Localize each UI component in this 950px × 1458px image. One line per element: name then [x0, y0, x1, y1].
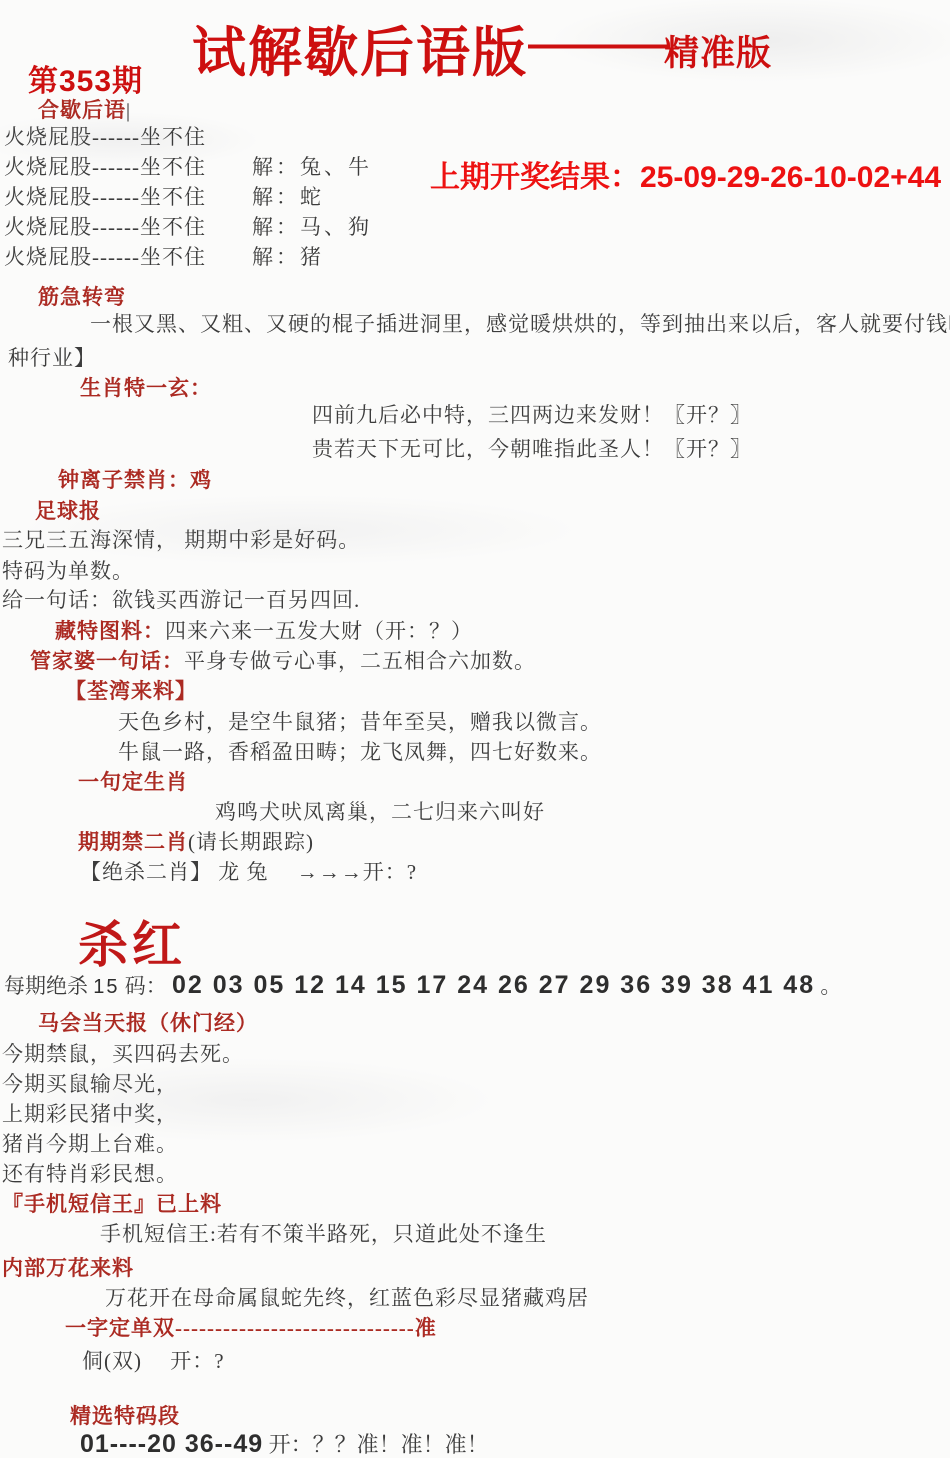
tsuenwan-line1: 天色乡村，是空牛鼠猪；昔年至吴，赠我以微言。 [118, 706, 602, 736]
daily-report-line: 上期彩民猪中奖， [2, 1098, 178, 1128]
scan-artifact-tick: | [126, 100, 131, 122]
housekeeper-text: 平身专做亏心事，二五相合六加数。 [184, 649, 536, 673]
tsuenwan-heading: 【荃湾来料】 [65, 675, 197, 705]
segment-heading: 精选特码段 [70, 1400, 180, 1430]
riddle-answer: 解：蛇 [252, 182, 324, 212]
kill-numbers: 02 03 05 12 14 15 17 24 26 27 29 36 39 3… [172, 971, 815, 999]
hidden-special-label: 藏特图料： [55, 619, 165, 643]
segment-numbers: 01----20 36--49 [80, 1430, 263, 1458]
forbidden-two-heading: 期期禁二肖(请长期跟踪) [78, 826, 314, 856]
lottery-tipsheet-page: 第353期 试解歇后语版————精准版 上期开奖结果：25-09-29-26-1… [0, 0, 950, 1458]
football-line2: 特码为单数。 [2, 555, 134, 585]
riddle-phrase: 火烧屁股------坐不住 [4, 182, 252, 212]
daily-report-line: 今期禁鼠，买四码去死。 [2, 1038, 244, 1068]
zodiac-mystery-heading: 生肖特一玄： [80, 372, 212, 402]
zodiac-mystery-line2: 贵若天下无可比，今朝唯指此圣人！〖开？〗 [312, 433, 752, 463]
riddle-row: 火烧屁股------坐不住 [4, 122, 372, 152]
kill-two-line: 【绝杀二肖】 龙 兔 →→→开：? [80, 856, 417, 886]
football-heading: 足球报 [35, 495, 101, 525]
housekeeper-line: 管家婆一句话：平身专做亏心事，二五相合六加数。 [30, 645, 536, 675]
hidden-special-line: 藏特图料：四来六来一五发大财（开：？） [55, 615, 473, 645]
riddle-row: 火烧屁股------坐不住解：蛇 [4, 182, 372, 212]
segment-line: 01----20 36--49 开：？？准！准！准！ [80, 1428, 489, 1458]
daily-report-line: 猪肖今期上台难。 [2, 1128, 178, 1158]
tsuenwan-line2: 牛鼠一路，香稻盈田畴；龙飞凤舞，四七好数来。 [118, 736, 602, 766]
housekeeper-label: 管家婆一句话： [30, 649, 184, 673]
internal-line: 万花开在母命属鼠蛇先终，红蓝色彩尽显猪藏鸡居 [105, 1282, 589, 1312]
riddle-row: 火烧屁股------坐不住解：猪 [4, 242, 372, 272]
one-sentence-line: 鸡鸣犬吠凤离巢，二七归来六叫好 [215, 796, 545, 826]
kill-count: 15 [93, 976, 119, 998]
kill-suffix: 码： [125, 974, 167, 998]
riddle-row: 火烧屁股------坐不住解：马、狗 [4, 212, 372, 242]
forbidden-two-label: 期期禁二肖 [78, 830, 188, 854]
brainteaser-heading: 筋急转弯 [38, 281, 126, 311]
daily-report-line: 还有特肖彩民想。 [2, 1158, 178, 1188]
daily-report-line: 今期买鼠输尽光， [2, 1068, 178, 1098]
riddle-list: 火烧屁股------坐不住 火烧屁股------坐不住解：兔、牛 火烧屁股---… [4, 122, 372, 272]
riddle-phrase: 火烧屁股------坐不住 [4, 122, 252, 152]
single-double-line: 侗(双) 开：? [82, 1345, 225, 1375]
page-title-main: 试解歇后语版 [192, 23, 528, 83]
riddle-heading-label: 合歇后语 [38, 98, 126, 122]
riddle-phrase: 火烧屁股------坐不住 [4, 212, 252, 242]
last-draw-result: 上期开奖结果：25-09-29-26-10-02+44 [430, 152, 941, 196]
kill-numbers-line: 每期绝杀 15 码： 02 03 05 12 14 15 17 24 26 27… [4, 970, 841, 1000]
forbidden-two-note: (请长期跟踪) [188, 830, 314, 854]
daily-report-heading: 马会当天报（休门经） [38, 1007, 258, 1037]
brainteaser-line2: 种行业】 [8, 342, 96, 372]
riddle-answer: 解：兔、牛 [252, 152, 372, 182]
sms-king-line: 手机短信王:若有不策半路死，只道此处不逢生 [100, 1218, 547, 1248]
riddle-phrase: 火烧屁股------坐不住 [4, 242, 252, 272]
hidden-special-text: 四来六来一五发大财（开：？） [165, 619, 473, 643]
kill-prefix: 每期绝杀 [4, 974, 88, 998]
zodiac-mystery-line1: 四前九后必中特，三四两边来发财！〖开？〗 [312, 399, 752, 429]
banned-zodiac-line: 钟离子禁肖：鸡 [58, 464, 212, 494]
segment-result: 开：？？准！准！准！ [263, 1432, 489, 1457]
kill-red-title: 杀红 [78, 905, 186, 977]
football-line1: 三兄三五海深情， 期期中彩是好码。 [2, 524, 360, 554]
page-title-sub: 精准版 [664, 34, 772, 73]
football-line3: 给一句话：欲钱买西游记一百另四回. [2, 584, 360, 614]
riddle-answer: 解：猪 [252, 242, 324, 272]
riddle-answer: 解：马、狗 [252, 212, 372, 242]
brainteaser-line1: 一根又黑、又粗、又硬的棍子插进洞里，感觉暖烘烘的，等到抽出来以后，客人就要付钱啦… [90, 308, 950, 338]
riddle-section-heading: 合歇后语| [38, 94, 131, 124]
one-sentence-heading: 一句定生肖 [78, 766, 188, 796]
riddle-phrase: 火烧屁股------坐不住 [4, 152, 252, 182]
internal-heading: 内部万花来料 [2, 1252, 134, 1282]
page-title: 试解歇后语版————精准版 [192, 10, 772, 87]
title-dashes: ———— [528, 22, 664, 66]
sms-king-heading: 『手机短信王』已上料 [2, 1188, 222, 1218]
riddle-row: 火烧屁股------坐不住解：兔、牛 [4, 152, 372, 182]
kill-period: 。 [820, 974, 841, 998]
single-double-heading: 一字定单双------------------------------准 [65, 1312, 437, 1342]
